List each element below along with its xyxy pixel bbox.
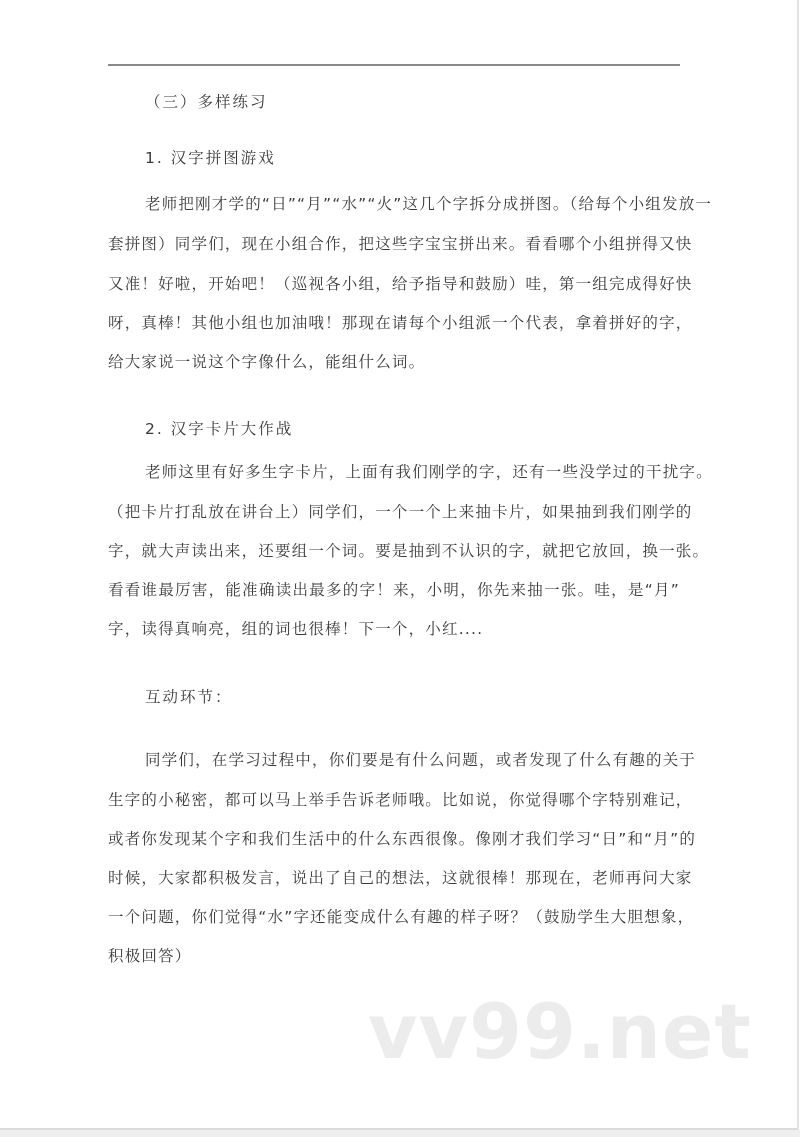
section-heading: （三）多样练习 — [145, 92, 680, 112]
document-page: （三）多样练习 1. 汉字拼图游戏 老师把刚才学的“日”“月”“水”“火”这几个… — [0, 0, 799, 1130]
paragraph-line: 套拼图）同学们，现在小组合作，把这些字宝宝拼出来。看看哪个小组拼得又快 — [108, 234, 680, 254]
paragraph-line: （把卡片打乱放在讲台上）同学们，一个一个上来抽卡片，如果抽到我们刚学的 — [108, 502, 680, 522]
subsection-title-puzzle: 1. 汉字拼图游戏 — [145, 148, 680, 168]
paragraph-line: 给大家说一说这个字像什么，能组什么词。 — [108, 352, 680, 372]
paragraph-line: 字，读得真响亮，组的词也很棒！下一个，小红.... — [108, 619, 680, 639]
paragraph-line: 看看谁最厉害，能准确读出最多的字！来，小明，你先来抽一张。哇，是“月” — [108, 580, 680, 600]
paragraph-line: 字，就大声读出来，还要组一个词。要是抽到不认识的字，就把它放回，换一张。 — [108, 541, 680, 561]
paragraph-line: 生字的小秘密，都可以马上举手告诉老师哦。比如说，你觉得哪个字特别难记， — [108, 790, 680, 810]
paragraph-line: 老师这里有好多生字卡片，上面有我们刚学的字，还有一些没学过的干扰字。 — [145, 462, 680, 482]
page-bottom-edge — [0, 1130, 800, 1137]
watermark: vv99.net — [368, 992, 752, 1072]
header-rule — [108, 64, 680, 66]
paragraph-line: 呀，真棒！其他小组也加油哦！那现在请每个小组派一个代表，拿着拼好的字， — [108, 313, 680, 333]
paragraph-line: 积极回答） — [108, 946, 680, 966]
paragraph-line: 老师把刚才学的“日”“月”“水”“火”这几个字拆分成拼图。（给每个小组发放一 — [145, 194, 680, 214]
subsection-title-cards: 2. 汉字卡片大作战 — [145, 419, 680, 439]
paragraph-line: 时候，大家都积极发言，说出了自己的想法，这就很棒！那现在，老师再问大家 — [108, 868, 680, 888]
paragraph-line: 一个问题，你们觉得“水”字还能变成什么有趣的样子呀？（鼓励学生大胆想象， — [108, 907, 680, 927]
paragraph-line: 同学们，在学习过程中，你们要是有什么问题，或者发现了什么有趣的关于 — [145, 750, 680, 770]
paragraph-line: 或者你发现某个字和我们生活中的什么东西很像。像刚才我们学习“日”和“月”的 — [108, 829, 680, 849]
interaction-title: 互动环节： — [145, 687, 680, 707]
paragraph-line: 又准！好啦，开始吧！（巡视各小组，给予指导和鼓励）哇，第一组完成得好快 — [108, 274, 680, 294]
